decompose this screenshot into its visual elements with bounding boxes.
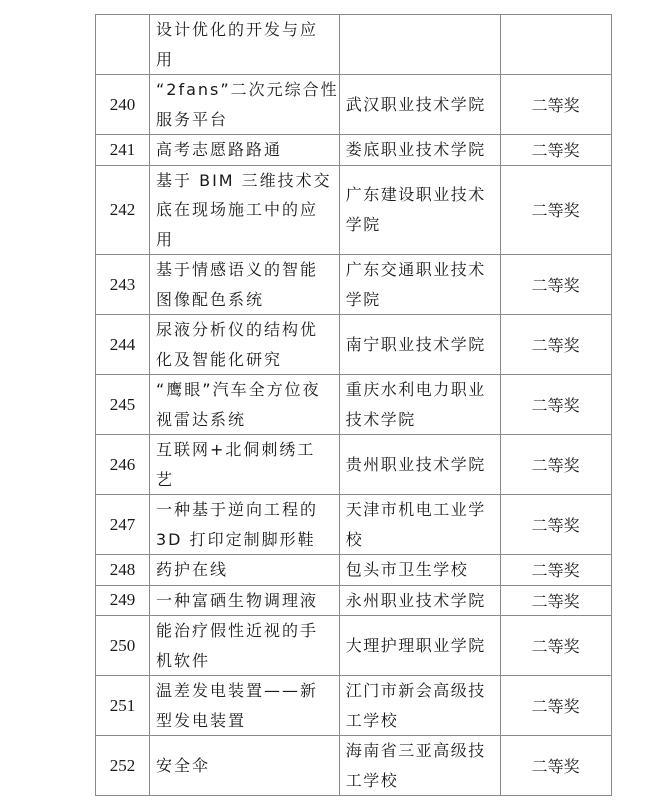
- project-name-line: 一种富硒生物调理液: [156, 586, 339, 616]
- school-name-line: 广东建设职业技术: [346, 180, 500, 210]
- project-name-line: 图像配色系统: [156, 285, 339, 315]
- school-cell: 重庆水利电力职业技术学院: [339, 375, 500, 435]
- school-cell: 大理护理职业学院: [339, 616, 500, 676]
- project-name-cell: 基于情感语义的智能图像配色系统: [150, 255, 340, 315]
- school-name-line: 大理护理职业学院: [346, 631, 500, 661]
- project-name-line: 能治疗假性近视的手: [156, 616, 339, 646]
- row-number: 242: [96, 165, 150, 255]
- project-name-line: 互联网+北侗刺绣工: [156, 435, 339, 465]
- award-cell: 二等奖: [500, 135, 611, 166]
- project-name-line: 设计优化的开发与应: [156, 15, 339, 45]
- award-cell: 二等奖: [500, 676, 611, 736]
- project-name-cell: 一种基于逆向工程的3D 打印定制脚形鞋: [150, 495, 340, 555]
- table-row: 设计优化的开发与应用: [96, 15, 612, 75]
- project-name-cell: 互联网+北侗刺绣工艺: [150, 435, 340, 495]
- project-name-line: 药护在线: [156, 555, 339, 585]
- school-name-line: 娄底职业技术学院: [346, 135, 500, 165]
- table-row: 245“鹰眼”汽车全方位夜视雷达系统重庆水利电力职业技术学院二等奖: [96, 375, 612, 435]
- school-cell: 贵州职业技术学院: [339, 435, 500, 495]
- table-row: 246互联网+北侗刺绣工艺贵州职业技术学院二等奖: [96, 435, 612, 495]
- award-cell: 二等奖: [500, 165, 611, 255]
- project-name-line: 基于情感语义的智能: [156, 255, 339, 285]
- school-name-line: 南宁职业技术学院: [346, 330, 500, 360]
- project-name-line: “鹰眼”汽车全方位夜: [156, 375, 339, 405]
- row-number: 241: [96, 135, 150, 166]
- row-number: 246: [96, 435, 150, 495]
- project-name-cell: 安全伞: [150, 736, 340, 796]
- awards-table: 设计优化的开发与应用240“2fans”二次元综合性服务平台武汉职业技术学院二等…: [95, 14, 612, 796]
- table-row: 244尿液分析仪的结构优化及智能化研究南宁职业技术学院二等奖: [96, 315, 612, 375]
- award-cell: [500, 15, 611, 75]
- project-name-line: 3D 打印定制脚形鞋: [156, 525, 339, 555]
- school-name-line: 重庆水利电力职业: [346, 375, 500, 405]
- row-number: 244: [96, 315, 150, 375]
- project-name-cell: “鹰眼”汽车全方位夜视雷达系统: [150, 375, 340, 435]
- table-row: 249一种富硒生物调理液永州职业技术学院二等奖: [96, 585, 612, 616]
- row-number: 251: [96, 676, 150, 736]
- school-cell: 永州职业技术学院: [339, 585, 500, 616]
- awards-table-body: 设计优化的开发与应用240“2fans”二次元综合性服务平台武汉职业技术学院二等…: [96, 15, 612, 796]
- award-cell: 二等奖: [500, 435, 611, 495]
- project-name-line: 服务平台: [156, 105, 339, 135]
- school-name-line: 贵州职业技术学院: [346, 450, 500, 480]
- project-name-line: 基于 BIM 三维技术交: [156, 166, 339, 196]
- project-name-cell: 尿液分析仪的结构优化及智能化研究: [150, 315, 340, 375]
- row-number: 249: [96, 585, 150, 616]
- table-row: 241高考志愿路路通娄底职业技术学院二等奖: [96, 135, 612, 166]
- award-cell: 二等奖: [500, 315, 611, 375]
- row-number: 240: [96, 75, 150, 135]
- award-cell: 二等奖: [500, 75, 611, 135]
- table-row: 251温差发电装置——新型发电装置江门市新会高级技工学校二等奖: [96, 676, 612, 736]
- row-number: 247: [96, 495, 150, 555]
- school-name-line: 永州职业技术学院: [346, 586, 500, 616]
- project-name-line: 底在现场施工中的应: [156, 195, 339, 225]
- row-number: 245: [96, 375, 150, 435]
- project-name-line: “2fans”二次元综合性: [156, 75, 339, 105]
- project-name-line: 视雷达系统: [156, 405, 339, 435]
- award-cell: 二等奖: [500, 375, 611, 435]
- project-name-line: 一种基于逆向工程的: [156, 495, 339, 525]
- project-name-line: 高考志愿路路通: [156, 135, 339, 165]
- project-name-cell: “2fans”二次元综合性服务平台: [150, 75, 340, 135]
- school-cell: 天津市机电工业学校: [339, 495, 500, 555]
- award-cell: 二等奖: [500, 616, 611, 676]
- project-name-cell: 高考志愿路路通: [150, 135, 340, 166]
- school-cell: 包头市卫生学校: [339, 555, 500, 586]
- row-number: [96, 15, 150, 75]
- school-name-line: 学院: [346, 285, 500, 315]
- table-row: 250能治疗假性近视的手机软件大理护理职业学院二等奖: [96, 616, 612, 676]
- school-cell: 广东交通职业技术学院: [339, 255, 500, 315]
- school-name-line: 海南省三亚高级技: [346, 736, 500, 766]
- award-cell: 二等奖: [500, 555, 611, 586]
- project-name-line: 型发电装置: [156, 706, 339, 736]
- table-row: 248药护在线包头市卫生学校二等奖: [96, 555, 612, 586]
- table-row: 240“2fans”二次元综合性服务平台武汉职业技术学院二等奖: [96, 75, 612, 135]
- school-name-line: 广东交通职业技术: [346, 255, 500, 285]
- project-name-cell: 药护在线: [150, 555, 340, 586]
- school-name-line: 学院: [346, 210, 500, 240]
- school-cell: 江门市新会高级技工学校: [339, 676, 500, 736]
- project-name-line: 化及智能化研究: [156, 345, 339, 375]
- row-number: 248: [96, 555, 150, 586]
- project-name-cell: 温差发电装置——新型发电装置: [150, 676, 340, 736]
- school-cell: 广东建设职业技术学院: [339, 165, 500, 255]
- project-name-line: 机软件: [156, 646, 339, 676]
- school-name-line: 天津市机电工业学: [346, 495, 500, 525]
- school-name-line: 工学校: [346, 766, 500, 796]
- project-name-line: 尿液分析仪的结构优: [156, 315, 339, 345]
- school-cell: 海南省三亚高级技工学校: [339, 736, 500, 796]
- project-name-line: 艺: [156, 465, 339, 495]
- school-cell: 娄底职业技术学院: [339, 135, 500, 166]
- table-row: 247一种基于逆向工程的3D 打印定制脚形鞋天津市机电工业学校二等奖: [96, 495, 612, 555]
- project-name-cell: 一种富硒生物调理液: [150, 585, 340, 616]
- school-cell: [339, 15, 500, 75]
- school-name-line: 校: [346, 525, 500, 555]
- school-cell: 南宁职业技术学院: [339, 315, 500, 375]
- school-name-line: 武汉职业技术学院: [346, 90, 500, 120]
- project-name-line: 用: [156, 225, 339, 255]
- award-cell: 二等奖: [500, 736, 611, 796]
- project-name-cell: 基于 BIM 三维技术交底在现场施工中的应用: [150, 165, 340, 255]
- school-name-line: 江门市新会高级技: [346, 676, 500, 706]
- row-number: 243: [96, 255, 150, 315]
- project-name-cell: 能治疗假性近视的手机软件: [150, 616, 340, 676]
- table-row: 243基于情感语义的智能图像配色系统广东交通职业技术学院二等奖: [96, 255, 612, 315]
- row-number: 252: [96, 736, 150, 796]
- award-cell: 二等奖: [500, 585, 611, 616]
- table-row: 252安全伞海南省三亚高级技工学校二等奖: [96, 736, 612, 796]
- project-name-line: 用: [156, 45, 339, 75]
- school-name-line: 包头市卫生学校: [346, 555, 500, 585]
- award-cell: 二等奖: [500, 255, 611, 315]
- award-cell: 二等奖: [500, 495, 611, 555]
- school-name-line: 技术学院: [346, 405, 500, 435]
- table-row: 242基于 BIM 三维技术交底在现场施工中的应用广东建设职业技术学院二等奖: [96, 165, 612, 255]
- project-name-line: 安全伞: [156, 751, 339, 781]
- project-name-line: 温差发电装置——新: [156, 676, 339, 706]
- school-name-line: 工学校: [346, 706, 500, 736]
- row-number: 250: [96, 616, 150, 676]
- project-name-cell: 设计优化的开发与应用: [150, 15, 340, 75]
- school-cell: 武汉职业技术学院: [339, 75, 500, 135]
